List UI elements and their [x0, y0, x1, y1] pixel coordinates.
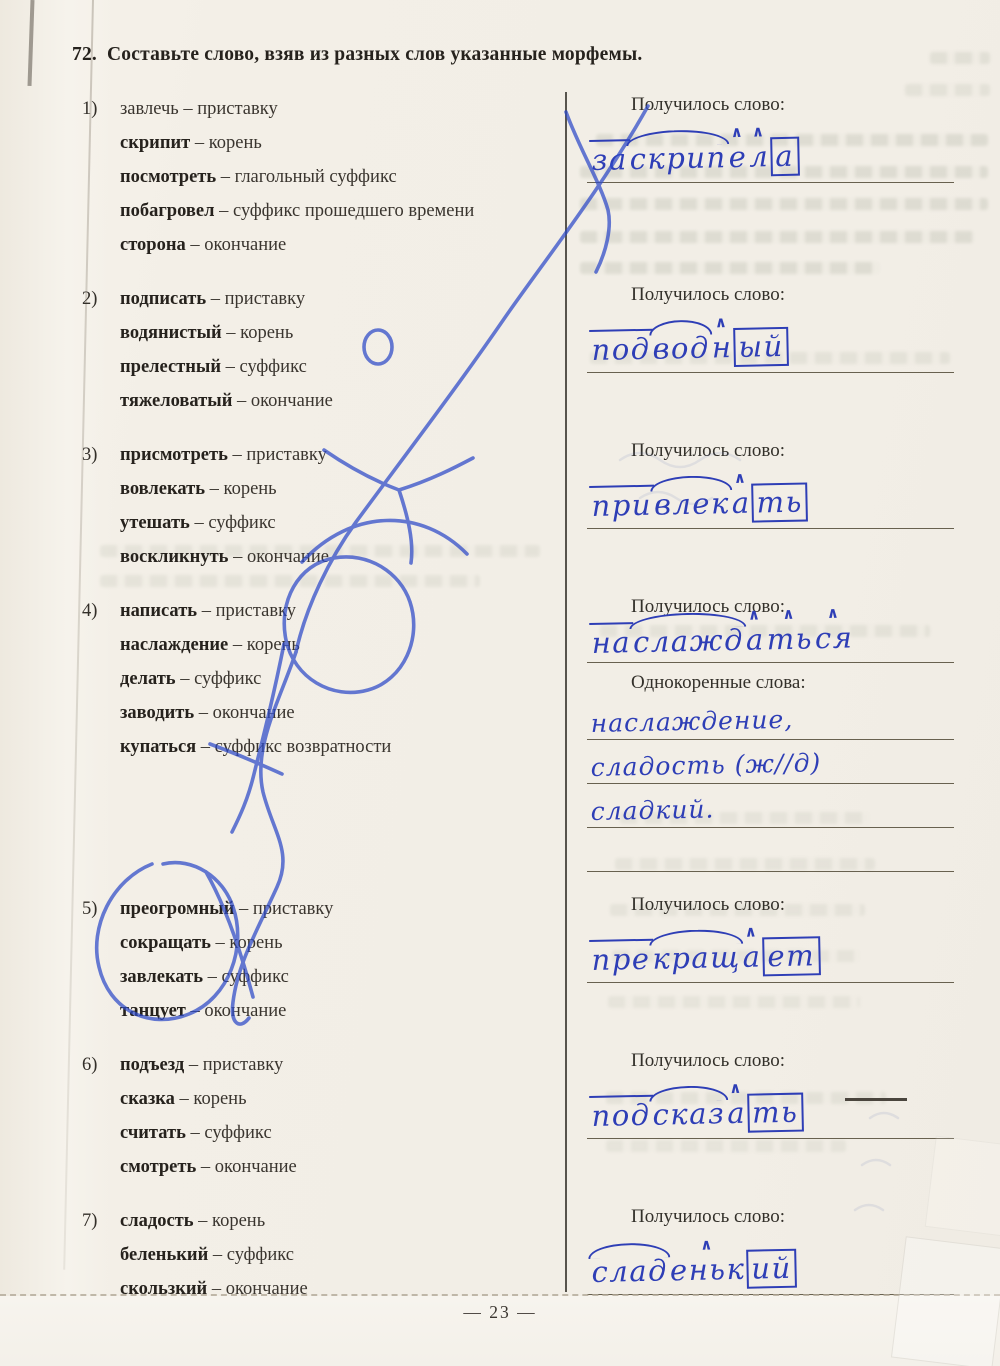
morpheme-line: вовлекать – корень	[82, 472, 565, 506]
answer-segment: ть	[747, 1093, 804, 1133]
morpheme-name: – суффикс прошедшего времени	[214, 201, 474, 221]
handwritten-answer: заскрипела	[590, 137, 799, 180]
answer-line: подсказать	[587, 1082, 954, 1139]
answer-line: заскрипела	[587, 126, 954, 183]
morpheme-name: – корень	[205, 479, 277, 499]
source-word: побагровел	[120, 201, 214, 221]
exercise-item: 1)завлечь – приставкускрипит – кореньпос…	[0, 92, 1000, 262]
morpheme-name: – приставку	[234, 899, 333, 919]
item-number: 2)	[82, 282, 120, 316]
source-word: подъезд	[120, 1055, 184, 1075]
source-word: прелестный	[120, 357, 221, 377]
source-word: сказка	[120, 1089, 175, 1109]
answer-segment: вод	[651, 330, 711, 365]
item-answer-area: Получилось слово:прекращает	[565, 892, 1000, 1028]
item-number: 6)	[82, 1048, 120, 1082]
source-word: воскликнуть	[120, 547, 228, 567]
item-number: 4)	[82, 594, 120, 628]
morpheme-name: – приставку	[206, 289, 305, 309]
morpheme-line: 6)подъезд – приставку	[82, 1048, 565, 1082]
answer-segment: еньк	[669, 1252, 747, 1288]
answer-segment: ся	[814, 620, 855, 655]
source-word: беленький	[120, 1245, 208, 1265]
answer-segment: ет	[762, 936, 820, 976]
answer-segment: л	[748, 139, 771, 173]
morpheme-name: – суффикс возвратности	[196, 737, 391, 757]
answer-segment: а	[726, 1096, 748, 1130]
morpheme-name: – суффикс	[176, 669, 262, 689]
source-word: посмотреть	[120, 167, 216, 187]
result-label: Получилось слово:	[587, 282, 954, 308]
morpheme-name: – окончание	[196, 1157, 296, 1177]
source-word: вовлекать	[120, 479, 205, 499]
morpheme-name: – суффикс	[190, 513, 276, 533]
answer-line: привлекать	[587, 472, 954, 529]
morpheme-name: – окончание	[194, 703, 294, 723]
answer-segment: при	[590, 488, 653, 523]
morpheme-line: утешать – суффикс	[82, 506, 565, 540]
source-word: преогромный	[120, 899, 234, 919]
item-morpheme-list: 2)подписать – приставкуводянистый – коре…	[0, 282, 565, 418]
answer-line: наслаждаться	[587, 622, 954, 663]
source-word: утешать	[120, 513, 190, 533]
source-word: подписать	[120, 289, 206, 309]
morpheme-name: – корень	[194, 1211, 266, 1231]
answer-segment: ть	[765, 621, 814, 656]
answer-segment: ть	[751, 482, 808, 522]
morpheme-line: купаться – суффикс возвратности	[82, 730, 565, 764]
morpheme-line: заводить – окончание	[82, 696, 565, 730]
source-word: скрипит	[120, 133, 190, 153]
answer-segment: сказ	[651, 1096, 726, 1132]
morpheme-name: – суффикс	[221, 357, 307, 377]
answer-line: подводный	[587, 316, 954, 373]
result-label: Получилось слово:	[587, 1204, 954, 1230]
source-word: сторона	[120, 235, 186, 255]
morpheme-name: – приставку	[228, 445, 327, 465]
morpheme-name: – окончание	[186, 235, 286, 255]
result-label: Получилось слово:	[587, 438, 954, 464]
scanned-page: 72.Составьте слово, взяв из разных слов …	[0, 0, 1000, 1366]
morpheme-line: воскликнуть – окончание	[82, 540, 565, 574]
result-label: Получилось слово:	[587, 92, 954, 118]
handwritten-answer: сладенький	[590, 1249, 797, 1292]
morpheme-line: 5)преогромный – приставку	[82, 892, 565, 926]
item-answer-area: Получилось слово:привлекать	[565, 438, 1000, 574]
exercise-item: 6)подъезд – приставкусказка – кореньсчит…	[0, 1048, 1000, 1184]
morpheme-line: беленький – суффикс	[82, 1238, 565, 1272]
exercise-item: 4)написать – приставкунаслаждение – коре…	[0, 594, 1000, 872]
handwritten-answer: привлекать	[590, 482, 808, 526]
tape-mark	[925, 1135, 1000, 1236]
handwritten-answer: наслаждаться	[590, 620, 854, 660]
morpheme-line: смотреть – окончание	[82, 1150, 565, 1184]
item-number: 7)	[82, 1204, 120, 1238]
morpheme-line: считать – суффикс	[82, 1116, 565, 1150]
exercise-item: 2)подписать – приставкуводянистый – коре…	[0, 282, 1000, 418]
answer-segment: е	[727, 140, 748, 174]
source-word: заводить	[120, 703, 194, 723]
morpheme-name: – приставку	[179, 99, 278, 119]
answer-segment: а	[745, 622, 767, 656]
underlying-page-edge	[28, 0, 35, 86]
source-word: смотреть	[120, 1157, 196, 1177]
answer-segment: под	[590, 1098, 652, 1133]
item-number: 5)	[82, 892, 120, 926]
answer-segment: под	[590, 332, 652, 367]
scan-edge-mark	[845, 1098, 907, 1101]
exercise-item: 3)присмотреть – приставкувовлекать – кор…	[0, 438, 1000, 574]
answer-segment: пре	[590, 942, 652, 977]
morpheme-name: – корень	[211, 933, 283, 953]
source-word: купаться	[120, 737, 196, 757]
page-number: — 23 —	[0, 1302, 1000, 1323]
answer-segment: н	[710, 330, 733, 364]
exercise-item: 7)сладость – кореньбеленький – суффиксск…	[0, 1204, 1000, 1306]
morpheme-name: – окончание	[186, 1001, 286, 1021]
result-label: Получилось слово:	[587, 594, 954, 620]
morpheme-line: 3)присмотреть – приставку	[82, 438, 565, 472]
morpheme-line: завлекать – суффикс	[82, 960, 565, 994]
answer-segment: а	[770, 137, 800, 177]
item-number: 1)	[82, 92, 120, 126]
morpheme-name: – корень	[228, 635, 300, 655]
related-word-line: сладость (ж//д)	[587, 740, 954, 784]
morpheme-name: – приставку	[197, 601, 296, 621]
answer-segment: на	[590, 625, 632, 660]
exercise-title-text: Составьте слово, взяв из разных слов ука…	[107, 44, 642, 65]
exercise-title: 72.Составьте слово, взяв из разных слов …	[72, 44, 772, 66]
source-word: наслаждение	[120, 635, 228, 655]
source-word: танцует	[120, 1001, 186, 1021]
handwritten-related-word: сладость (ж//д)	[590, 748, 821, 782]
item-answer-area: Получилось слово:заскрипела	[565, 92, 1000, 262]
answer-segment: а	[730, 486, 752, 520]
answer-segment: влек	[653, 486, 732, 522]
morpheme-line: 4)написать – приставку	[82, 594, 565, 628]
morpheme-line: прелестный – суффикс	[82, 350, 565, 384]
exercise-number: 72.	[72, 44, 97, 65]
source-word: считать	[120, 1123, 186, 1143]
morpheme-name: – суффикс	[203, 967, 289, 987]
morpheme-line: 2)подписать – приставку	[82, 282, 565, 316]
source-word: завлечь	[120, 99, 179, 119]
exercise-items: 1)завлечь – приставкускрипит – кореньпос…	[0, 92, 1000, 1326]
related-word-line: сладкий.	[587, 784, 954, 828]
tape-mark	[891, 1236, 1000, 1366]
answer-segment: слад	[590, 1253, 669, 1289]
source-word: делать	[120, 669, 176, 689]
morpheme-line: танцует – окончание	[82, 994, 565, 1028]
morpheme-line: скрипит – корень	[82, 126, 565, 160]
item-answer-area: Получилось слово:подводный	[565, 282, 1000, 418]
morpheme-line: водянистый – корень	[82, 316, 565, 350]
morpheme-name: – суффикс	[186, 1123, 272, 1143]
handwritten-related-word: сладкий.	[590, 794, 714, 826]
handwritten-answer: прекращает	[590, 936, 820, 980]
source-word: тяжеловатый	[120, 391, 232, 411]
source-word: написать	[120, 601, 197, 621]
morpheme-name: – окончание	[228, 547, 328, 567]
item-morpheme-list: 7)сладость – кореньбеленький – суффиксск…	[0, 1204, 565, 1306]
morpheme-line: побагровел – суффикс прошедшего времени	[82, 194, 565, 228]
morpheme-name: – приставку	[184, 1055, 283, 1075]
source-word: присмотреть	[120, 445, 228, 465]
bleed-through-text	[930, 52, 990, 64]
morpheme-name: – корень	[222, 323, 294, 343]
answer-segment: а	[741, 939, 763, 973]
handwritten-related-word: наслаждение,	[590, 705, 793, 738]
related-words-label: Однокоренные слова:	[587, 670, 954, 696]
answer-segment: за	[590, 142, 629, 177]
exercise-item: 5)преогромный – приставкусокращать – кор…	[0, 892, 1000, 1028]
source-word: сокращать	[120, 933, 211, 953]
answer-segment: скрип	[628, 140, 728, 176]
result-label: Получилось слово:	[587, 892, 954, 918]
result-label: Получилось слово:	[587, 1048, 954, 1074]
item-morpheme-list: 5)преогромный – приставкусокращать – кор…	[0, 892, 565, 1028]
related-word-line: наслаждение,	[587, 696, 954, 740]
morpheme-line: делать – суффикс	[82, 662, 565, 696]
morpheme-line: сокращать – корень	[82, 926, 565, 960]
morpheme-line: посмотреть – глагольный суффикс	[82, 160, 565, 194]
item-answer-area: Получилось слово:наслаждатьсяОднокоренны…	[565, 594, 1000, 872]
answer-segment: ый	[733, 327, 789, 367]
morpheme-name: – суффикс	[208, 1245, 294, 1265]
related-word-line	[587, 828, 954, 872]
morpheme-name: – глагольный суффикс	[216, 167, 397, 187]
morpheme-line: сказка – корень	[82, 1082, 565, 1116]
item-morpheme-list: 4)написать – приставкунаслаждение – коре…	[0, 594, 565, 872]
item-morpheme-list: 6)подъезд – приставкусказка – кореньсчит…	[0, 1048, 565, 1184]
item-morpheme-list: 1)завлечь – приставкускрипит – кореньпос…	[0, 92, 565, 262]
morpheme-name: – окончание	[232, 391, 332, 411]
source-word: сладость	[120, 1211, 194, 1231]
answer-segment: слажд	[632, 623, 746, 659]
answer-segment: ий	[746, 1249, 797, 1289]
morpheme-name: – корень	[175, 1089, 247, 1109]
source-word: водянистый	[120, 323, 222, 343]
morpheme-line: наслаждение – корень	[82, 628, 565, 662]
answer-line: прекращает	[587, 926, 954, 983]
item-morpheme-list: 3)присмотреть – приставкувовлекать – кор…	[0, 438, 565, 574]
morpheme-line: 7)сладость – корень	[82, 1204, 565, 1238]
morpheme-line: тяжеловатый – окончание	[82, 384, 565, 418]
morpheme-name: – корень	[190, 133, 262, 153]
morpheme-line: сторона – окончание	[82, 228, 565, 262]
answer-segment: кращ	[651, 940, 742, 976]
item-number: 3)	[82, 438, 120, 472]
source-word: завлекать	[120, 967, 203, 987]
handwritten-answer: подводный	[590, 327, 789, 370]
morpheme-line: 1)завлечь – приставку	[82, 92, 565, 126]
handwritten-answer: подсказать	[590, 1093, 804, 1136]
